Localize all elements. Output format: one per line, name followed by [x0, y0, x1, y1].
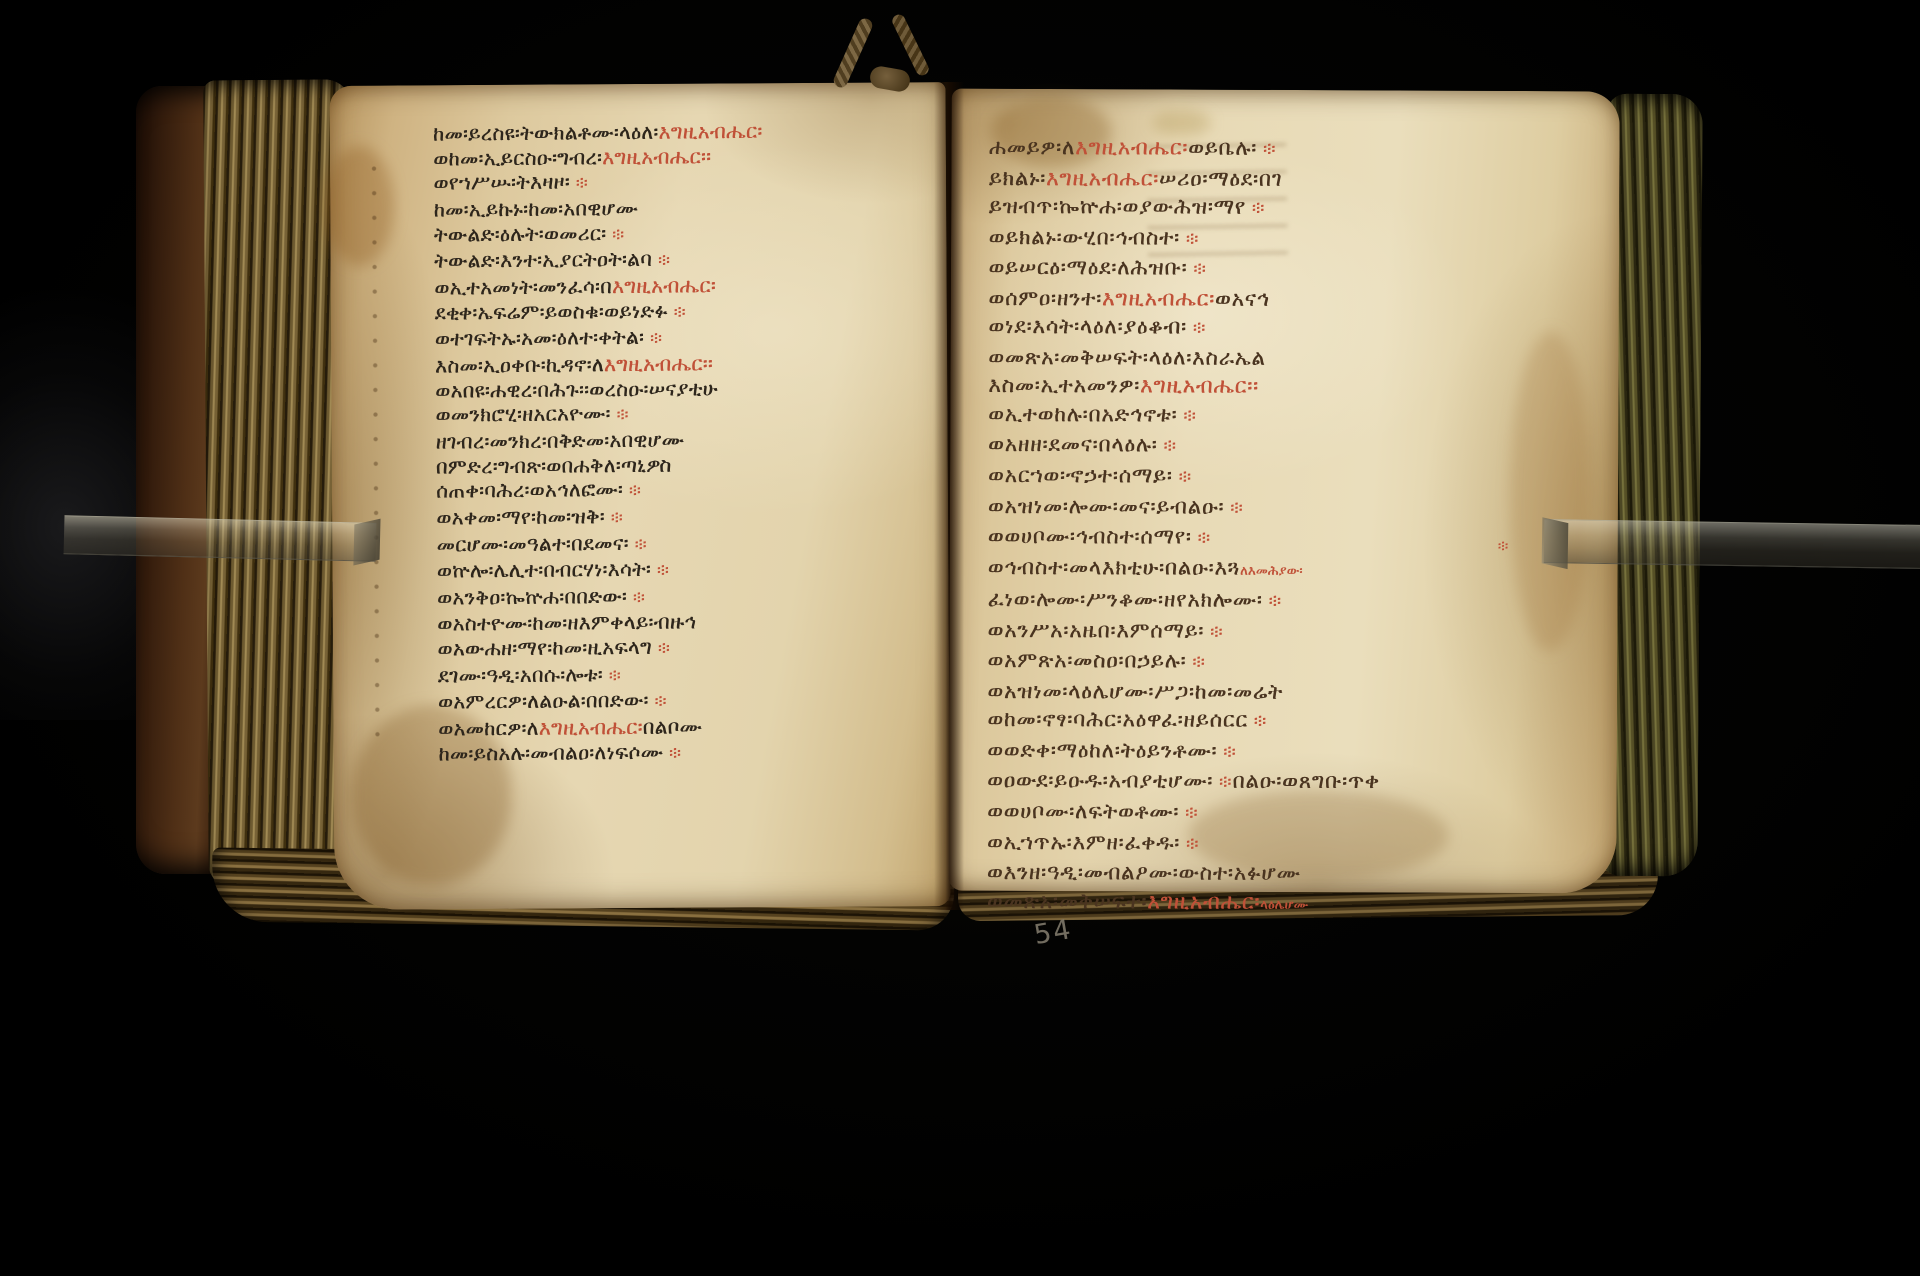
- red-section-mark: ፨: [1213, 772, 1232, 793]
- red-line-end-mark: ፨: [611, 405, 630, 425]
- ink-text: ወአናኅ: [1215, 286, 1270, 310]
- manuscript-photo-scene: ከመ፡ይረስዩ፡ትውክልቶሙ፡ላዕለ፡እግዚአብሔር፡ወከመ፡ኢይርስዑ፡ግብረ…: [0, 0, 1920, 1276]
- text-line: ወአንሥአ፡አዜበ፡እምሰማይ፡፨: [988, 616, 1381, 648]
- red-line-end-mark: ፨: [644, 329, 663, 349]
- text-line: ወአዘዘ፡ደመና፡በላዕሉ፡፨: [988, 431, 1381, 463]
- text-line: ወይሠርዕ፡ማዕደ፡ለሕዝቡ፡፨: [988, 253, 1381, 285]
- text-line: ደገሙ፡ዓዲ፡አበሱ፡ሎቱ፡፨: [438, 661, 768, 691]
- binding-cord: [822, 12, 972, 108]
- text-line: ወአዝነመ፡ላዕሌሆሙ፡ሥጋ፡ከመ፡መሬት: [987, 677, 1380, 707]
- text-line: ወወድቀ፡ማዕከለ፡ትዕይንቶሙ፡፨: [987, 736, 1380, 768]
- red-line-end-mark: ፨: [1173, 467, 1192, 488]
- ink-text: ወኵሎ፡ሌሊተ፡በብርሃነ፡እሳት፡: [437, 557, 651, 583]
- text-line: ወየኀሥሡ፡ትእዛዞ፡፨: [433, 168, 763, 198]
- text-line: ወኢኀጥኡ፡እምዘ፡ፈቀዱ፡፨: [987, 828, 1380, 860]
- red-line-end-mark: ፨: [1179, 803, 1198, 824]
- text-line: በምድረ፡ግብጽ፡ወበሐቅለ፡ጣኒዎስ: [436, 451, 766, 479]
- ink-text: ሐመይዎ፡ለ: [989, 135, 1075, 159]
- parchment-stain: [324, 145, 395, 265]
- red-line-end-mark: ፨: [1257, 139, 1276, 160]
- left-page: ከመ፡ይረስዩ፡ትውክልቶሙ፡ላዕለ፡እግዚአብሔር፡ወከመ፡ኢይርስዑ፡ግብረ…: [329, 82, 950, 910]
- ink-text: ይዝብጥ፡ኰኵሐ፡ወያውሕዝ፡ማየ: [989, 194, 1246, 219]
- ink-text: ወይክልኑ፡ውሂበ፡ኅብስተ፡: [989, 225, 1180, 250]
- cord-strand: [832, 16, 875, 89]
- ink-text: ወኢተወከሉ፡በአድኅኖቱ፡: [988, 402, 1177, 426]
- glass-weight-left: [64, 515, 377, 562]
- ink-text: ወይቤሉ፡: [1188, 136, 1257, 160]
- ink-text: እስመ፡ኢዐቀቡ፡ኪዳኖ፡ለ: [435, 352, 604, 377]
- ink-text: ወመጽአ፡መቅሠፍት፡ላዕለ፡እስራኤል: [988, 345, 1265, 370]
- text-line: ፈነወ፡ሎሙ፡ሥንቆሙ፡ዘየአክሎሙ፡፨: [988, 585, 1381, 617]
- red-line-end-mark: ፨: [652, 639, 671, 659]
- text-line: ወአምረርዎ፡ለልዑል፡በበድው፡፨: [438, 687, 768, 717]
- rubric-text: እግዚአብሔር፡: [539, 715, 643, 740]
- red-line-end-mark: ፨: [606, 225, 625, 245]
- cord-knot: [868, 65, 911, 94]
- rubric-text: ላዕሌሆሙ: [1260, 897, 1308, 912]
- text-line: መርሆሙ፡መዓልተ፡በደመና፡፨: [436, 529, 766, 559]
- red-line-end-mark: ፨: [1180, 833, 1199, 854]
- text-line: ወወሀቦሙ፡ኅብስተ፡ሰማየ፡፨: [988, 522, 1381, 554]
- ink-text: ወኅብስተ፡መላእክቲሁ፡በልዑ፡እጓ: [988, 555, 1240, 580]
- red-line-end-mark: ፨: [1224, 497, 1243, 518]
- text-line: ትውልድ፡እንተ፡ኢያርትዐት፡ልባ፨: [434, 246, 764, 276]
- rubric-text: ለእመሕያው፡: [1240, 563, 1303, 578]
- red-line-end-mark: ፨: [668, 302, 687, 322]
- ink-text: ይክልኑ፡: [989, 166, 1046, 190]
- red-line-end-mark: ፨: [1246, 198, 1265, 219]
- rubric-text: እግዚአብሔር፡፡: [1140, 374, 1259, 398]
- ink-text: ወነደ፡እሳት፡ላዕለ፡ያዕቆብ፡: [988, 314, 1187, 339]
- ink-text: ወወሀቦሙ፡ኅብስተ፡ሰማየ፡: [988, 524, 1192, 549]
- ink-text: እስመ፡ኢተአመንዎ፡: [988, 373, 1140, 397]
- red-line-end-mark: ፨: [570, 174, 589, 194]
- text-line: ወኅብስተ፡መላእክቲሁ፡በልዑ፡እጓለእመሕያው፡: [988, 553, 1381, 587]
- ink-text: ወአቀመ፡ማየ፡ከመ፡ዝቅ፡: [436, 504, 605, 529]
- ink-text: ወተገፍትኡ፡አመ፡ዕለተ፡ቀትል፡: [435, 325, 645, 351]
- text-line: ወአውሐዘ፡ማየ፡ከመ፡ዚአፍላግ፨: [437, 634, 767, 664]
- ink-text: ወመንክሮሂ፡ዘአርአዮሙ፡: [435, 401, 610, 427]
- text-line: ወአመከርዎ፡ለእግዚአብሔር፡በልቦሙ: [438, 714, 768, 742]
- text-line: ወነደ፡እሳት፡ላዕለ፡ያዕቆብ፡፨: [988, 312, 1381, 344]
- red-line-end-mark: ፨: [1263, 591, 1282, 612]
- parchment-stain: [1509, 331, 1590, 651]
- red-line-end-mark: ፨: [1157, 436, 1176, 457]
- red-line-end-mark: ፨: [1177, 405, 1196, 426]
- text-line: ከመ፡ኢይኩኑ፡ከመ፡አበዊሆሙ: [434, 195, 764, 223]
- text-line: ወከመ፡ኢይርስዑ፡ግብረ፡እግዚአብሔር፡፡: [433, 143, 763, 171]
- ink-text: መርሆሙ፡መዓልተ፡በደመና፡: [436, 530, 628, 556]
- ink-text: ከመ፡ይስአሉ፡መብልዐ፡ለነፍሶሙ: [438, 739, 663, 765]
- text-line: ወኢተአመነት፡መንፈሳ፡በእግዚአብሔር፡: [434, 273, 764, 301]
- ink-text: ወሰምዐ፡ዘንተ፡: [988, 286, 1102, 310]
- ink-text: ደቂቀ፡ኤፍሬም፡ይወስቁ፡ወይነድፉ: [434, 298, 667, 324]
- rubric-text: እግዚአብሔር፡: [1046, 166, 1159, 190]
- text-line: ወወሀቦሙ፡ለፍትወቶሙ፡፨: [987, 797, 1380, 829]
- ink-text: ወዐውደ፡ይዑዱ፡አብያቲሆሙ፡: [987, 769, 1213, 794]
- text-line: ከመ፡ይስአሉ፡መብልዐ፡ለነፍሶሙ፨: [438, 739, 768, 769]
- red-line-end-mark: ፨: [1192, 528, 1211, 549]
- ink-text: በምድረ፡ግብጽ፡ወበሐቅለ፡ጣኒዎስ: [436, 452, 672, 478]
- red-line-end-mark: ፨: [1186, 652, 1205, 673]
- text-line: ወአበዩ፡ሐዊረ፡በሕጉ፡፡ወረስዑ፡ሠናያቲሁ: [435, 375, 765, 403]
- rubric-text: እግዚአብሔር፡፡: [602, 144, 711, 169]
- text-line: ይክልኑ፡እግዚአብሔር፡ሠሪዐ፡ማዕደ፡በገ: [989, 164, 1382, 194]
- ink-text: በልቦሙ: [643, 714, 703, 739]
- cord-strand: [890, 12, 931, 77]
- rubric-text: እግዚአብሔር፡: [1075, 135, 1188, 159]
- red-line-end-mark: ፨: [605, 508, 624, 528]
- ink-text: ወከመ፡ኖፃ፡ባሕር፡አዕዋፈ፡ዘይሰርር: [987, 707, 1248, 732]
- ink-text: ሠሪዐ፡ማዕደ፡በገ: [1159, 166, 1282, 190]
- ink-text: ወአዝነመ፡ሎሙ፡መና፡ይብልዑ፡: [988, 494, 1224, 519]
- ink-text: ወአምጽአ፡መስዐ፡በኃይሉ፡: [987, 648, 1186, 673]
- ink-text: ወወድቀ፡ማዕከለ፡ትዕይንቶሙ፡: [987, 738, 1217, 763]
- text-line: ወኢተወከሉ፡በአድኅኖቱ፡፨: [988, 400, 1381, 432]
- ink-text: ፈነወ፡ሎሙ፡ሥንቆሙ፡ዘየአክሎሙ፡: [988, 587, 1263, 612]
- ink-text: ወአመከርዎ፡ለ: [438, 716, 539, 741]
- ink-text: ከመ፡ኢይኩኑ፡ከመ፡አበዊሆሙ: [434, 196, 638, 222]
- ink-text: ወመጽአ፡መቅሠፍተ፡: [987, 889, 1147, 913]
- glass-weight-right: [1544, 519, 1920, 569]
- text-line: ወይክልኑ፡ውሂበ፡ኅብስተ፡፨: [989, 223, 1382, 255]
- text-line: ደቂቀ፡ኤፍሬም፡ይወስቁ፡ወይነድፉ፨: [434, 297, 764, 327]
- ink-text: ወኢኀጥኡ፡እምዘ፡ፈቀዱ፡: [987, 830, 1180, 855]
- ink-text: ወአስተዮሙ፡ከመ፡ዘእምቀላይ፡ብዙኅ: [437, 610, 696, 636]
- ink-text: ወአዘዘ፡ደመና፡በላዕሉ፡: [988, 433, 1158, 457]
- text-line: ወአስተዮሙ፡ከመ፡ዘእምቀላይ፡ብዙኅ: [437, 609, 767, 637]
- text-line: ዘገብረ፡መንክረ፡በቅድመ፡አበዊሆሙ: [436, 427, 766, 455]
- ink-text: ወአዝነመ፡ላዕሌሆሙ፡ሥጋ፡ከመ፡መሬት: [987, 679, 1283, 704]
- ink-text: ወአውሐዘ፡ማየ፡ከመ፡ዚአፍላግ: [437, 635, 652, 661]
- red-line-end-mark: ፨: [623, 481, 642, 501]
- ink-text: ወወሀቦሙ፡ለፍትወቶሙ፡: [987, 799, 1179, 824]
- text-line: ወአንቅዐ፡ኰኵሐ፡በበድው፡፨: [437, 583, 767, 613]
- text-line: ወአርኀወ፡ኆኃተ፡ሰማይ፡፨: [988, 461, 1381, 493]
- ink-text: ትውልድ፡ዕሉት፡ወመሪር፡: [434, 221, 607, 247]
- text-line: ወመጽአ፡መቅሠፍት፡ላዕለ፡እስራኤል: [988, 343, 1381, 373]
- text-line: ወእንዘ፡ዓዲ፡መብልዖሙ፡ውስተ፡አፉሆሙ: [987, 858, 1380, 888]
- text-line: ወአምጽአ፡መስዐ፡በኃይሉ፡፨: [987, 646, 1380, 678]
- rubric-text: እግዚአብሔር፡፡: [604, 351, 713, 376]
- right-page: ሐመይዎ፡ለእግዚአብሔር፡ወይቤሉ፡፨ይክልኑ፡እግዚአብሔር፡ሠሪዐ፡ማዕደ…: [948, 89, 1619, 894]
- ink-text: ወአንሥአ፡አዜበ፡እምሰማይ፡: [988, 618, 1205, 643]
- text-line: ወሰምዐ፡ዘንተ፡እግዚአብሔር፡ወአናኅ: [988, 284, 1381, 314]
- red-line-end-mark: ፨: [652, 251, 671, 271]
- text-line: ይዝብጥ፡ኰኵሐ፡ወያውሕዝ፡ማየ፨: [989, 192, 1382, 224]
- rubric-text: እግዚአብሔር፡: [612, 273, 716, 298]
- rubric-text: እግዚአብሔር፡: [1102, 286, 1215, 310]
- ink-text: ወይሠርዕ፡ማዕደ፡ለሕዝቡ፡: [988, 255, 1187, 280]
- text-line: ወአዝነመ፡ሎሙ፡መና፡ይብልዑ፡፨: [988, 492, 1381, 524]
- right-page-text: ሐመይዎ፡ለእግዚአብሔር፡ወይቤሉ፡፨ይክልኑ፡እግዚአብሔር፡ሠሪዐ፡ማዕደ…: [987, 133, 1382, 920]
- text-line: ትውልድ፡ዕሉት፡ወመሪር፡፨: [434, 219, 764, 249]
- ink-text: ወየኀሥሡ፡ትእዛዞ፡: [433, 170, 570, 195]
- text-line: ወኵሎ፡ሌሊተ፡በብርሃነ፡እሳት፡፨: [437, 556, 767, 586]
- ink-text: ሰጠቀ፡ባሕረ፡ወአኅለፎሙ፡: [436, 477, 623, 503]
- rubric-text: እግዚአብሔር፡: [658, 119, 762, 144]
- red-line-end-mark: ፨: [648, 692, 667, 712]
- ink-text: በልዑ፡ወጸግቡ፡ጥቀ: [1232, 769, 1379, 793]
- text-line: ከመ፡ይረስዩ፡ትውክልቶሙ፡ላዕለ፡እግዚአብሔር፡: [433, 119, 763, 147]
- red-edge-mark: ፨: [1498, 537, 1509, 555]
- parchment-stain: [1152, 109, 1212, 135]
- red-line-end-mark: ፨: [1180, 228, 1199, 249]
- ink-text: ወእንዘ፡ዓዲ፡መብልዖሙ፡ውስተ፡አፉሆሙ: [987, 860, 1301, 885]
- red-line-end-mark: ፨: [1187, 259, 1206, 280]
- text-line: ወመጽአ፡መቅሠፍተ፡እግዚአብሔር፡ላዕሌሆሙ: [987, 887, 1380, 921]
- red-line-end-mark: ፨: [627, 588, 646, 608]
- pencil-folio-number: 54: [1032, 914, 1075, 951]
- red-line-end-mark: ፨: [651, 561, 670, 581]
- red-line-end-mark: ፨: [1217, 742, 1236, 763]
- text-line: ወከመ፡ኖፃ፡ባሕር፡አዕዋፈ፡ዘይሰርር፨: [987, 705, 1380, 737]
- text-line: ወመንክሮሂ፡ዘአርአዮሙ፡፨: [435, 400, 765, 430]
- ink-text: ወአበዩ፡ሐዊረ፡በሕጉ፡፡ወረስዑ፡ሠናያቲሁ: [435, 376, 718, 402]
- text-line: ሐመይዎ፡ለእግዚአብሔር፡ወይቤሉ፡፨: [989, 133, 1382, 165]
- red-line-end-mark: ፨: [603, 666, 622, 686]
- red-line-end-mark: ፨: [629, 534, 648, 554]
- ink-text: ወኢተአመነት፡መንፈሳ፡በ: [434, 274, 612, 300]
- rubric-text: እግዚአብሔር፡: [1147, 889, 1260, 913]
- book-gutter-shadow: [934, 82, 964, 910]
- text-line: ወተገፍትኡ፡አመ፡ዕለተ፡ቀትል፡፨: [435, 324, 765, 354]
- ink-text: ወአምረርዎ፡ለልዑል፡በበድው፡: [438, 688, 649, 714]
- ink-text: ትውልድ፡እንተ፡ኢያርትዐት፡ልባ: [434, 247, 652, 273]
- ink-text: ወአንቅዐ፡ኰኵሐ፡በበድው፡: [437, 584, 627, 610]
- ink-text: ደገሙ፡ዓዲ፡አበሱ፡ሎቱ፡: [438, 662, 603, 687]
- red-line-end-mark: ፨: [663, 743, 682, 763]
- text-line: እስመ፡ኢዐቀቡ፡ኪዳኖ፡ለእግዚአብሔር፡፡: [435, 351, 765, 379]
- red-line-end-mark: ፨: [1248, 711, 1267, 732]
- ink-text: ወከመ፡ኢይርስዑ፡ግብረ፡: [433, 145, 602, 170]
- ink-text: ወአርኀወ፡ኆኃተ፡ሰማይ፡: [988, 463, 1173, 487]
- red-line-end-mark: ፨: [1187, 318, 1206, 339]
- ink-text: ዘገብረ፡መንክረ፡በቅድመ፡አበዊሆሙ: [436, 427, 685, 453]
- text-line: እስመ፡ኢተአመንዎ፡እግዚአብሔር፡፡: [988, 371, 1381, 401]
- ink-text: ከመ፡ይረስዩ፡ትውክልቶሙ፡ላዕለ፡: [433, 120, 659, 146]
- text-line: ወዐውደ፡ይዑዱ፡አብያቲሆሙ፡፨በልዑ፡ወጸግቡ፡ጥቀ: [987, 767, 1380, 799]
- text-line: ሰጠቀ፡ባሕረ፡ወአኅለፎሙ፡፨: [436, 476, 766, 506]
- text-line: ወአቀመ፡ማየ፡ከመ፡ዝቅ፡፨: [436, 503, 766, 533]
- left-page-text: ከመ፡ይረስዩ፡ትውክልቶሙ፡ላዕለ፡እግዚአብሔር፡ወከመ፡ኢይርስዑ፡ግብረ…: [433, 119, 768, 768]
- red-line-end-mark: ፨: [1204, 621, 1223, 642]
